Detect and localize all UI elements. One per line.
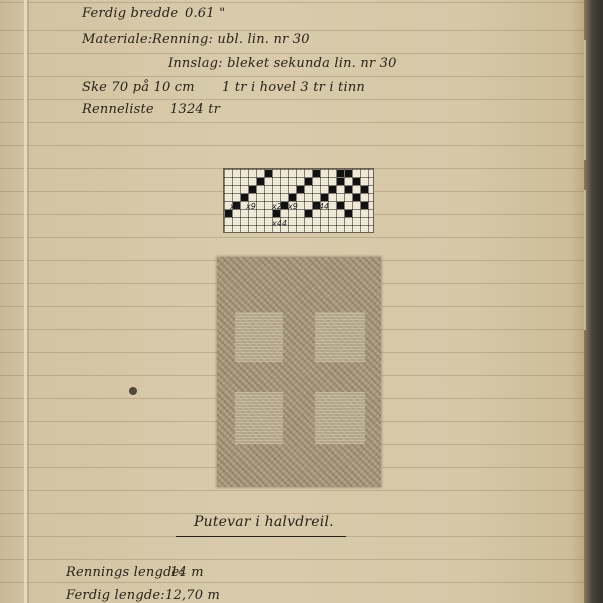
reed-label: Ske 70 på 10 cm [82, 80, 195, 95]
material-label: Materiale: [82, 32, 152, 47]
caption-underline [176, 536, 346, 537]
warp-length-label: Rennings lengde: [66, 565, 184, 580]
fabric-swatch [217, 257, 381, 487]
draft-annotation: x9 [288, 202, 298, 211]
warp-ends-label: Renneliste [82, 102, 154, 117]
ink-spot [129, 387, 137, 395]
pattern-draft-grid: x4 x9 x2 x9 x44 x44 [223, 168, 374, 233]
warp-ends-value: 1324 tr [170, 102, 220, 117]
draft-annotation: x2 [272, 202, 282, 211]
finished-length-label: Ferdig lengde: [66, 588, 165, 603]
weft-material: Innslag: bleket sekunda lin. nr 30 [168, 56, 397, 71]
binding-thread [584, 190, 600, 330]
finished-length-value: 12,70 m [165, 588, 220, 603]
draft-annotation: x4 [230, 202, 240, 211]
swatch-caption: Putevar i halvdreil. [194, 514, 334, 530]
draft-annotation: x44 [314, 202, 329, 211]
finished-width-value: 0.61 " [185, 6, 225, 21]
draft-annotation: x9 [246, 202, 256, 211]
notebook-page: Ferdig bredde 0.61 " Materiale: Renning:… [0, 0, 588, 603]
reed-threading: 1 tr i hovel 3 tr i tinn [222, 80, 365, 95]
warp-material: Renning: ubl. lin. nr 30 [152, 32, 310, 47]
finished-width-label: Ferdig bredde [82, 6, 178, 21]
binding-thread [584, 40, 600, 160]
warp-length-value: 14 m [170, 565, 204, 580]
draft-annotation: x44 [272, 219, 287, 228]
page-margin-line [24, 0, 27, 603]
